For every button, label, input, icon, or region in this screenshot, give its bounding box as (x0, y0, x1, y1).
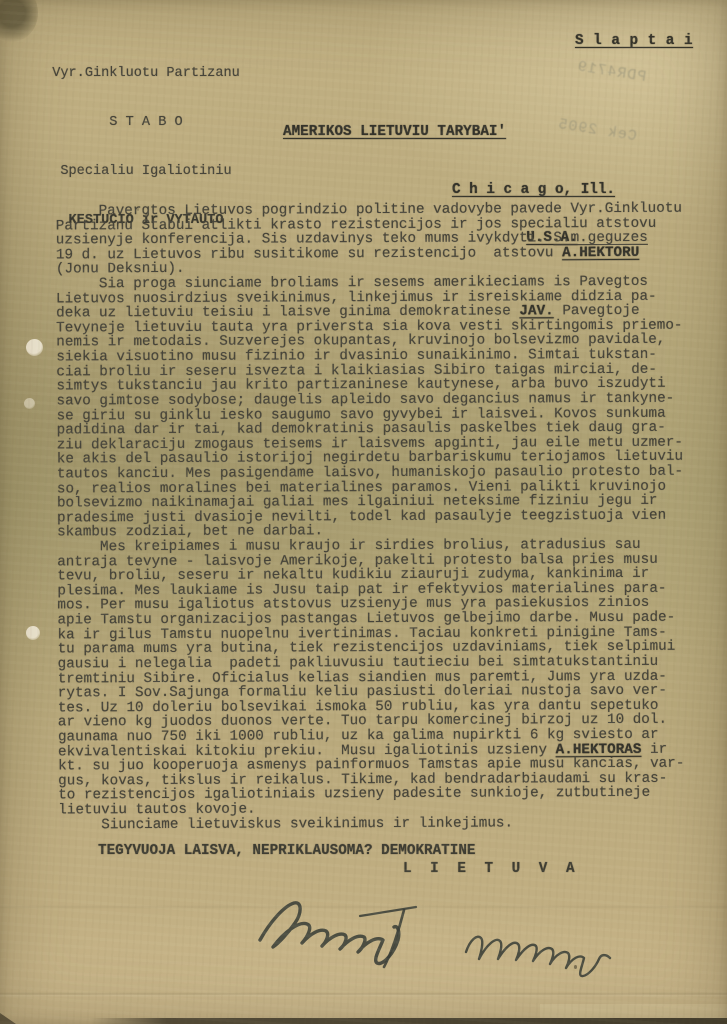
signature-vytautas (458, 912, 618, 978)
scan-edge-shadow (90, 1018, 727, 1024)
signature-kestutis (248, 888, 448, 970)
body-line: Siunciame lietuviskus sveikinimus ir lin… (58, 815, 708, 832)
bleedthrough-line: PDR4719 (496, 45, 647, 88)
paper-hole (24, 398, 35, 409)
letterhead-line: Specialiu Igaliotiniu (40, 164, 252, 180)
bleedthrough-line: Cek 2905 (487, 104, 638, 147)
closing-slogan: TEGYVUOJA LAISVA, NEPRIKLAUSOMA? DEMOKRA… (98, 843, 476, 859)
letter-body: Pavergtos Lietuvos pogrindzio politine v… (56, 202, 709, 833)
paper-hole (26, 339, 43, 356)
recipient-title: AMERIKOS LIETUVIU TARYBAI' (283, 124, 506, 140)
body-line: to rezistencijos igaliotiniais uzsieny p… (58, 786, 708, 803)
letterhead-line: Vyr.Ginkluotu Partizanu (40, 66, 252, 82)
recipient-city: C h i c a g o, Ill. (452, 182, 652, 198)
paper-hole (26, 626, 40, 640)
letterhead-line: S T A B O (40, 115, 252, 131)
corner-stain (0, 0, 38, 42)
paper-edge-light (540, 1004, 727, 1018)
scan-edge-shadow (0, 1013, 16, 1024)
closing-slogan-country: L I E T U V A (403, 861, 580, 877)
document-scan: PDR4719 Cek 2905 Vyr.Ginkluotu Partizanu… (0, 0, 727, 1024)
classification-label: S l a p t a i (575, 33, 693, 49)
paper-crease (0, 992, 727, 997)
